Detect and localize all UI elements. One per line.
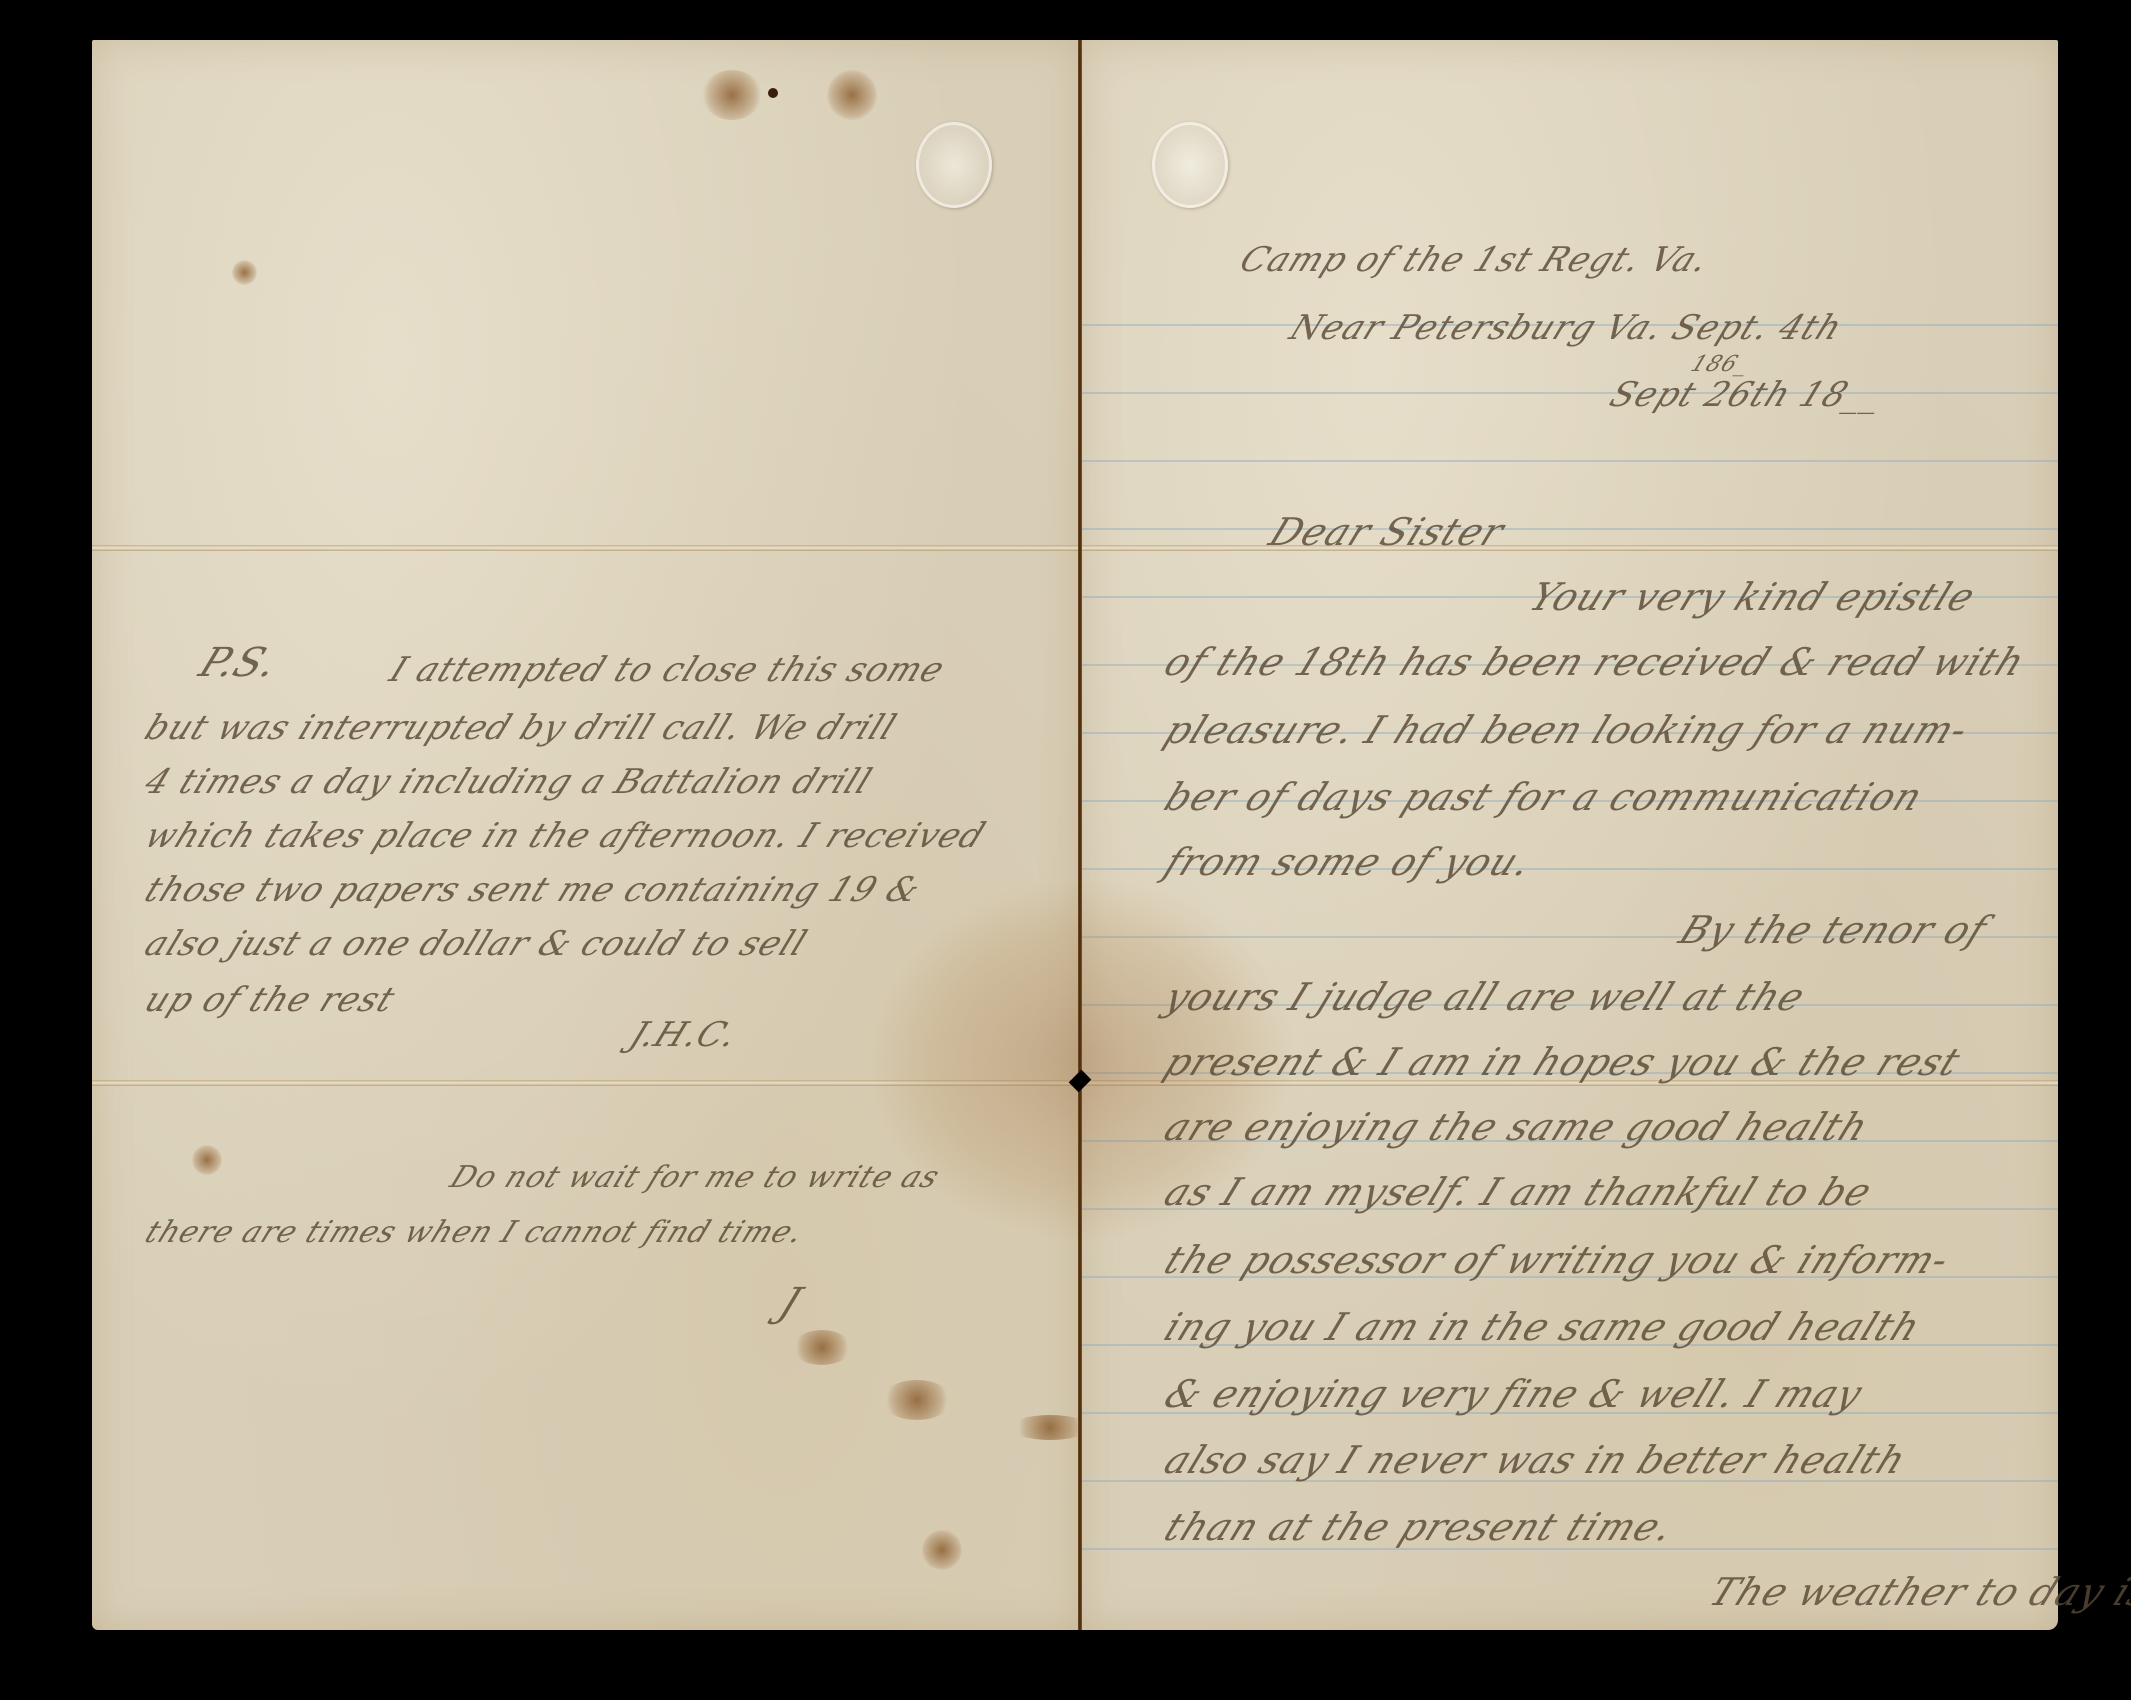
body-line: ber of days past for a communication	[1158, 775, 1930, 819]
body-line: the possessor of writing you & inform-	[1158, 1238, 1956, 1282]
heading-line-1: Camp of the 1st Regt. Va.	[1234, 240, 1715, 280]
stain	[192, 1145, 222, 1175]
body-line: as I am myself. I am thankful to be	[1158, 1170, 1879, 1214]
heading-line-3: 186_	[1687, 352, 1754, 377]
body-line: & enjoying very fine & well. I may	[1158, 1372, 1869, 1416]
body-line: Your very kind epistle	[1523, 575, 1982, 619]
body-line: By the tenor of	[1673, 908, 1994, 952]
center-fold	[1078, 40, 1082, 1630]
postscript-line: but was interrupted by drill call. We dr…	[139, 708, 903, 748]
embossed-seal-left	[916, 122, 992, 208]
stain	[922, 1530, 962, 1570]
stain	[232, 260, 257, 285]
postscript-line: those two papers sent me containing 19 &	[139, 870, 927, 910]
body-line: The weather to day is	[1703, 1570, 2131, 1614]
closing-line: Do not wait for me to write as	[445, 1160, 945, 1195]
fold-line-top	[92, 545, 2058, 551]
body-line: than at the present time.	[1158, 1505, 1681, 1549]
postscript-line: which takes place in the afternoon. I re…	[139, 816, 992, 856]
embossed-seal-right	[1152, 122, 1228, 208]
stain	[702, 70, 762, 120]
postscript-line: up of the rest	[139, 980, 401, 1020]
postscript-line: also just a one dollar & could to sell	[139, 924, 813, 964]
letter-sheet: Camp of the 1st Regt. Va. Near Petersbur…	[92, 40, 2058, 1630]
body-line: present & I am in hopes you & the rest	[1158, 1040, 1967, 1084]
body-line: are enjoying the same good health	[1158, 1105, 1875, 1149]
stain	[792, 1330, 852, 1365]
body-line: ing you I am in the same good health	[1158, 1305, 1927, 1349]
ink-spot	[768, 88, 778, 98]
stain	[827, 70, 877, 120]
body-line: from some of you.	[1158, 840, 1539, 884]
heading-line-2: Near Petersburg Va. Sept. 4th	[1284, 308, 1849, 348]
heading-line-4: Sept 26th 18__	[1604, 375, 1891, 415]
postscript-line: 4 times a day including a Battalion dril…	[139, 762, 878, 802]
body-line: yours I judge all are well at the	[1158, 975, 1812, 1019]
postscript-initials: J.H.C.	[624, 1015, 744, 1055]
closing-line: there are times when I cannot find time.	[140, 1215, 809, 1250]
postscript-line: I attempted to close this some	[384, 650, 951, 690]
salutation: Dear Sister	[1263, 510, 1511, 554]
stain	[1010, 1415, 1090, 1440]
body-line: of the 18th has been received & read wit…	[1158, 640, 2032, 684]
stain	[882, 1380, 952, 1420]
body-line: also say I never was in better health	[1158, 1438, 1913, 1482]
body-line: pleasure. I had been looking for a num-	[1158, 708, 1975, 752]
